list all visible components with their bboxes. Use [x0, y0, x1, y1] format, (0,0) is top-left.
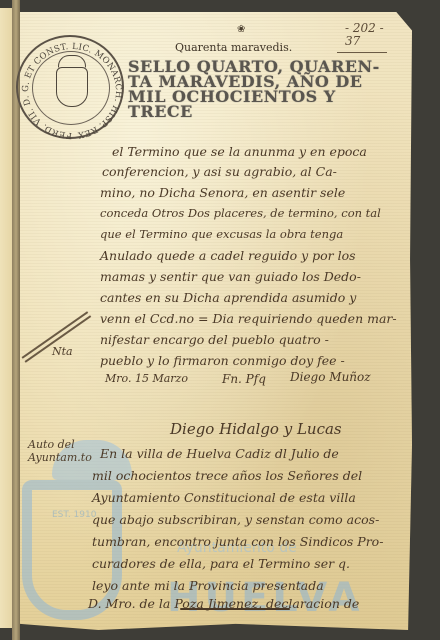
text-line: que el Termino que excusas la obra tenga [100, 227, 343, 241]
margin-note-nota: Nta [52, 345, 73, 358]
folio-sub: 37 [345, 34, 360, 48]
price-line: Quarenta maravedis. [175, 41, 292, 54]
royal-seal: FERD. VII. D. G. ET CONST. LIC. MONARCH.… [16, 35, 124, 139]
folio-number: - 202 - 37 [345, 22, 387, 53]
text-line: el Termino que se la anunma y en epoca [112, 144, 367, 159]
text-line: pueblo y lo firmaron conmigo doy fee - [100, 353, 345, 368]
text-line: En la villa de Huelva Cadiz dl Julio de [100, 446, 339, 461]
margin-note-line: Ayuntam.to [28, 451, 92, 464]
stamp-title: SELLO QUARTO, QUAREN- TA MARAVEDIS, AÑO … [128, 59, 398, 119]
margin-note-auto: Auto del Ayuntam.to [28, 438, 92, 464]
text-line: tumbran, encontro junta con los Sindicos… [92, 534, 383, 549]
coat-of-arms-icon [56, 67, 88, 107]
text-line: mamas y sentir que van guiado los Dedo- [100, 269, 361, 284]
text-line: Ayuntamiento Constitucional de esta vill… [92, 490, 356, 505]
text-line: leyo ante mi la Provincia presentada [92, 578, 324, 593]
stamp-title-line: TRECE [128, 104, 398, 119]
ornament-icon: ❀ [237, 24, 245, 35]
text-line: conceda Otros Dos placeres, de termino, … [100, 206, 381, 220]
facing-page-strip [0, 8, 12, 628]
text-line: conferencion, y asi su agrabio, al Ca- [102, 164, 337, 179]
closing-flourish [180, 608, 290, 610]
folio-rule [337, 52, 387, 53]
signature-diego-hidalgo: Diego Hidalgo y Lucas [170, 420, 342, 438]
text-line: que abajo subscribiran, y senstan como a… [92, 512, 379, 527]
text-line: nifestar encargo del pueblo quatro - [100, 332, 329, 347]
date-line: Mro. 15 Marzo [105, 372, 188, 385]
signature-diego-munoz: Diego Muñoz [290, 370, 371, 384]
folio-main: - 202 - [345, 21, 384, 35]
text-line: venn el Ccd.no = Dia requiriendo queden … [100, 311, 397, 326]
text-line: mino, no Dicha Senora, en asentir sele [100, 185, 345, 200]
text-line: Anulado quede a cadel reguido y por los [100, 248, 356, 263]
signature-notary: Fn. Pfq [222, 372, 266, 386]
text-line: curadores de ella, para el Termino ser q… [92, 556, 350, 571]
margin-note-line: Auto del [28, 438, 92, 451]
text-line: mil ochocientos trece años los Señores d… [92, 468, 362, 483]
text-line: cantes en su Dicha aprendida asumido y [100, 290, 356, 305]
